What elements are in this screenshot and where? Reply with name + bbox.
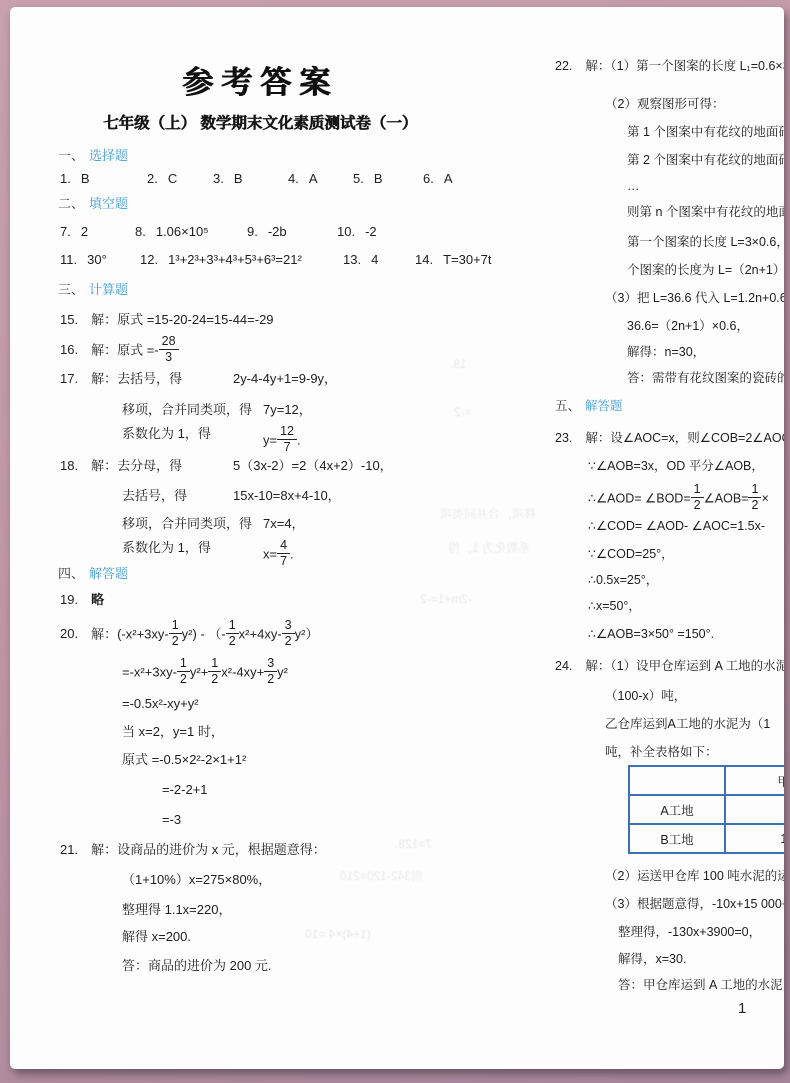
- question-number: 2.: [147, 171, 158, 186]
- solution-text: 吨，补全表格如下：: [605, 745, 718, 759]
- solution-text: 略: [91, 592, 104, 607]
- section-name: 解答题: [585, 399, 623, 413]
- solution-text: 乙仓库运到A工地的水泥为（1: [605, 717, 770, 731]
- answer-statement: 答：需带有花纹图案的瓷砖的块: [627, 371, 784, 385]
- problem-19-line: 19.略: [60, 593, 104, 608]
- question-number: 24.: [555, 659, 572, 673]
- page-number: 1: [738, 1000, 746, 1017]
- bleed-through-text: 系数化为 1，得: [448, 539, 530, 556]
- equation: 解得 x=200.: [122, 930, 191, 945]
- solution-text: 个图案的长度为 L=（2n+1）×0.6: [627, 263, 784, 277]
- fill-answer: 9.-2b: [247, 225, 287, 240]
- paper-subtitle: 七年级（上） 数学期末文化素质测试卷（一）: [30, 111, 490, 133]
- equation: ∴x=50°，: [588, 599, 641, 613]
- table-cell: A工地: [629, 795, 725, 824]
- question-number: 5.: [353, 171, 364, 186]
- bleed-through-text: 则342-120=210: [340, 867, 423, 884]
- question-number: 6.: [423, 171, 434, 186]
- problem-15-line: 15.解：原式 =15-20-24=15-44=-29: [60, 313, 274, 328]
- section-number: 四、: [58, 566, 84, 581]
- problem-21-line: 21.解：设商品的进价为 x 元，根据题意得：: [60, 843, 326, 858]
- question-number: 21.: [60, 843, 78, 858]
- equation: 5（3x-2）=2（4x+2）-10，: [233, 459, 393, 474]
- choice-answer: 2.C: [147, 172, 177, 187]
- right-column: 22.解：（1）第一个图案的长度 L₁=0.6×3=1.8 （2）观察图形可得：…: [555, 7, 784, 1069]
- section-number: 二、: [58, 196, 84, 211]
- problem-23-line: 23.解：设∠AOC=x，则∠COB=2∠AOC=: [555, 431, 784, 445]
- step-label: 移项，合并同类项，得: [122, 403, 252, 418]
- equation: =-0.5x²-xy+y²: [122, 697, 199, 712]
- equation: ∵∠COD=25°，: [588, 547, 674, 561]
- question-number: 7.: [60, 224, 71, 239]
- fraction: 127: [277, 425, 297, 453]
- answer: -2b: [268, 224, 287, 239]
- question-number: 14.: [415, 252, 433, 267]
- question-number: 15.: [60, 313, 78, 328]
- fill-answer: 8.1.06×10⁵: [135, 225, 209, 240]
- table-header-row: 甲仓库: [629, 766, 784, 795]
- section-heading-calc: 三、计算题: [58, 283, 128, 298]
- table-row: B工地 100-x: [629, 824, 784, 853]
- equation: ∵∠AOB=3x，OD 平分∠AOB，: [588, 459, 764, 473]
- question-number: 22.: [555, 59, 572, 73]
- answer-sheet-page: 参考答案 七年级（上） 数学期末文化素质测试卷（一） 一、选择题 1.B 2.C…: [10, 7, 784, 1069]
- question-number: 10.: [337, 224, 355, 239]
- step-label: 移项，合并同类项，得: [122, 517, 252, 532]
- question-number: 18.: [60, 459, 78, 474]
- question-number: 4.: [288, 171, 299, 186]
- table-cell: x: [725, 795, 784, 824]
- answer-statement: 答：商品的进价为 200 元.: [122, 959, 272, 974]
- bleed-through-text: 18.: [450, 357, 467, 371]
- question-number: 19.: [60, 593, 78, 608]
- solution-text: 则第 n 个图案中有花纹的地面砖: [627, 205, 784, 219]
- equation: 整理得，-130x+3900=0，: [618, 925, 761, 939]
- step-label: 解：去分母，得: [91, 458, 182, 473]
- answer: -2: [365, 224, 377, 239]
- equation: 15x-10=8x+4-10，: [233, 489, 341, 504]
- question-number: 9.: [247, 224, 258, 239]
- section-number: 五、: [555, 399, 580, 413]
- problem-18-line: 18.解：去分母，得: [60, 459, 182, 474]
- equation: （1+10%）x=275×80%，: [122, 873, 271, 888]
- answer: C: [168, 171, 177, 186]
- question-number: 11.: [60, 252, 77, 267]
- solution-text: 解：（1）第一个图案的长度 L₁=0.6×3=1.8: [585, 59, 784, 73]
- fill-answer: 12.1³+2³+3³+4³+5³+6³=21²: [140, 253, 302, 268]
- photo-background: 参考答案 七年级（上） 数学期末文化素质测试卷（一） 一、选择题 1.B 2.C…: [0, 0, 790, 1083]
- section-heading-fill: 二、填空题: [58, 197, 128, 212]
- bleed-through-text: 7=128.: [395, 837, 432, 851]
- solution-text: 当 x=2，y=1 时，: [122, 725, 224, 740]
- bleed-through-text: =-2: [454, 405, 472, 419]
- choice-answer: 1.B: [60, 172, 90, 187]
- question-number: 3.: [213, 171, 224, 186]
- solution-text: 解：设商品的进价为 x 元，根据题意得：: [91, 842, 326, 857]
- question-number: 12.: [140, 252, 158, 267]
- equation: 7x=4，: [263, 517, 305, 532]
- step-label: 系数化为 1，得: [122, 427, 211, 442]
- question-number: 8.: [135, 224, 146, 239]
- section-heading-choice: 一、选择题: [58, 149, 128, 164]
- solution-text: 解：原式 =15-20-24=15-44=-29: [91, 312, 273, 327]
- problem-16-line: 16.解：原式 =-283: [60, 337, 179, 365]
- fraction: 12: [226, 619, 239, 647]
- equation: 整理得 1.1x=220，: [122, 903, 231, 918]
- fraction: 12: [208, 657, 221, 685]
- answer: B: [234, 171, 243, 186]
- equation: ∴∠AOB=3×50° =150°.: [588, 627, 714, 641]
- equation: ∴∠AOD= ∠BOD=12∠AOB=12×: [588, 485, 769, 513]
- fraction: 32: [282, 619, 295, 647]
- fraction: 283: [159, 335, 179, 363]
- answer: 1³+2³+3³+4³+5³+6³=21²: [168, 252, 302, 267]
- answer: 2: [81, 224, 88, 239]
- choice-answer: 4.A: [288, 172, 318, 187]
- fraction: 12: [691, 483, 704, 511]
- page-title: 参考答案: [40, 57, 480, 102]
- solution-text: 解：设∠AOC=x，则∠COB=2∠AOC=: [585, 431, 784, 445]
- equation: 36.6=（2n+1）×0.6，: [627, 319, 749, 333]
- answer: 1.06×10⁵: [156, 224, 209, 239]
- solution-text: 第 1 个图案中有花纹的地面砖有: [627, 125, 784, 139]
- section-number: 三、: [58, 282, 84, 297]
- problem-22-line: 22.解：（1）第一个图案的长度 L₁=0.6×3=1.8: [555, 59, 784, 73]
- step-label: 解：去括号，得: [91, 371, 182, 386]
- table-cell: 100-x: [725, 824, 784, 853]
- choice-answer: 5.B: [353, 172, 383, 187]
- section-name: 计算题: [89, 282, 128, 297]
- answer: 30°: [87, 252, 107, 267]
- fill-answer: 10.-2: [337, 225, 377, 240]
- question-number: 23.: [555, 431, 572, 445]
- section-name: 填空题: [89, 196, 128, 211]
- answer: T=30+7t: [443, 252, 491, 267]
- fraction: 12: [169, 619, 182, 647]
- fraction: 12: [748, 483, 761, 511]
- equation: y=127.: [263, 427, 301, 455]
- problem-17-line: 17.解：去括号，得: [60, 372, 182, 387]
- fill-answer: 14.T=30+7t: [415, 253, 492, 268]
- solution-text: （2）运送甲仓库 100 吨水泥的运费: [605, 869, 784, 883]
- equation: =-x²+3xy-12y²+12x²-4xy+32y²: [122, 659, 288, 687]
- solution-text: 第 2 个图案中有花纹的地面砖有: [627, 153, 784, 167]
- answer: A: [444, 171, 453, 186]
- table-cell: 甲仓库: [725, 766, 784, 795]
- solution-text: （3）根据题意得，-10x+15 000+20: [605, 897, 784, 911]
- solution-text: 解：（1）设甲仓库运到 A 工地的水泥: [585, 659, 784, 673]
- section-name: 选择题: [89, 148, 128, 163]
- equation: x=47.: [263, 541, 294, 569]
- question-number: 17.: [60, 372, 78, 387]
- equation: ∴0.5x=25°，: [588, 573, 658, 587]
- question-number: 20.: [60, 627, 78, 642]
- equation: 原式 =-0.5×2²-2×1+1²: [122, 753, 246, 768]
- equation: 解得：n=30，: [627, 345, 705, 359]
- fill-answer: 7.2: [60, 225, 88, 240]
- fill-answer: 13.4: [343, 253, 378, 268]
- solution-text: 第一个图案的长度 L=3×0.6，第: [627, 235, 784, 249]
- bleed-through-text: -2m+1=-2: [420, 592, 472, 606]
- table-row: A工地 x: [629, 795, 784, 824]
- answer: 4: [371, 252, 378, 267]
- equation: =-2-2+1: [162, 783, 208, 798]
- solution-text: （100-x）吨，: [605, 689, 686, 703]
- equation: 2y-4-4y+1=9-9y，: [233, 372, 337, 387]
- answer: B: [374, 171, 383, 186]
- section-heading-answer5: 五、解答题: [555, 399, 623, 413]
- ellipsis: …: [627, 179, 640, 193]
- answer: B: [81, 171, 90, 186]
- section-name: 解答题: [89, 566, 128, 581]
- question-number: 16.: [60, 343, 78, 358]
- solution-text: 解：原式 =-: [91, 342, 159, 357]
- table-cell: B工地: [629, 824, 725, 853]
- choice-answer: 3.B: [213, 172, 243, 187]
- equation: ∴∠COD= ∠AOD- ∠AOC=1.5x-: [588, 519, 765, 533]
- equation: 7y=12，: [263, 403, 312, 418]
- bleed-through-text: (1+4)×4 =10: [305, 927, 371, 941]
- question-number: 1.: [60, 171, 71, 186]
- fill-answer: 11.30°: [60, 253, 107, 268]
- equation: 解得，x=30.: [618, 952, 686, 966]
- answer-statement: 答：甲仓库运到 A 工地的水泥: [618, 978, 783, 992]
- fraction: 47: [277, 539, 290, 567]
- step-label: 去括号，得: [122, 489, 187, 504]
- section-heading-answer4: 四、解答题: [58, 567, 128, 582]
- solution-text: （2）观察图形可得：: [605, 97, 724, 111]
- step-label: 系数化为 1，得: [122, 541, 211, 556]
- section-number: 一、: [58, 148, 84, 163]
- solution-text: （3）把 L=36.6 代入 L=1.2n+0.6 中得: [605, 291, 784, 305]
- problem-20-line: 20.解：(-x²+3xy-12y²) - （-12x²+4xy-32y²）: [60, 621, 318, 649]
- table-cell: [629, 766, 725, 795]
- equation: =-3: [162, 813, 181, 828]
- answer: A: [309, 171, 318, 186]
- question-number: 13.: [343, 252, 361, 267]
- fraction: 12: [177, 657, 190, 685]
- problem-24-line: 24.解：（1）设甲仓库运到 A 工地的水泥: [555, 659, 784, 673]
- fraction: 32: [264, 657, 277, 685]
- choice-answer: 6.A: [423, 172, 453, 187]
- cement-allocation-table: 甲仓库 A工地 x B工地 100-x: [628, 765, 784, 854]
- bleed-through-text: 移项，合并同类项: [440, 505, 536, 522]
